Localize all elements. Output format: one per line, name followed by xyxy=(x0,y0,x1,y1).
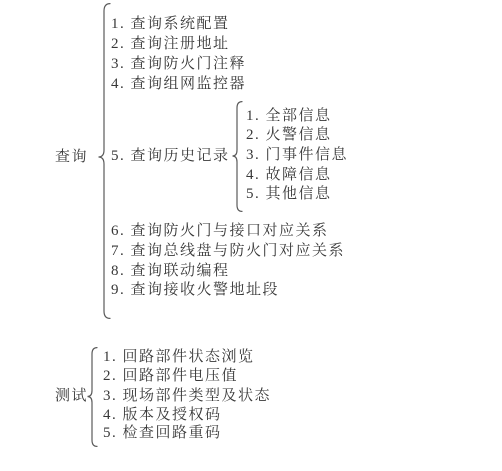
history-subitem-4: 4. 故障信息 xyxy=(246,165,332,185)
section-label-query: 查询 xyxy=(55,147,88,167)
history-subitem-2: 2. 火警信息 xyxy=(246,125,332,145)
history-subitem-3: 3. 门事件信息 xyxy=(246,145,348,165)
history-brace xyxy=(231,101,246,212)
test-item-2: 2. 回路部件电压值 xyxy=(103,366,238,386)
section-label-test: 测试 xyxy=(55,386,88,406)
query-item-6: 6. 查询防火门与接口对应关系 xyxy=(111,221,329,241)
test-brace xyxy=(86,347,101,447)
history-subitem-5: 5. 其他信息 xyxy=(246,184,332,204)
query-item-3: 3. 查询防火门注释 xyxy=(111,54,246,74)
query-item-1: 1. 查询系统配置 xyxy=(111,14,230,34)
query-item-9: 9. 查询接收火警地址段 xyxy=(111,280,279,300)
query-item-7: 7. 查询总线盘与防火门对应关系 xyxy=(111,241,345,261)
query-item-4: 4. 查询组网监控器 xyxy=(111,74,246,94)
menu-tree-diagram: 查询 1. 查询系统配置 2. 查询注册地址 3. 查询防火门注释 4. 查询组… xyxy=(0,0,502,471)
test-item-5: 5. 检查回路重码 xyxy=(103,423,222,443)
query-item-8: 8. 查询联动编程 xyxy=(111,261,230,281)
test-item-3: 3. 现场部件类型及状态 xyxy=(103,386,271,406)
test-item-4: 4. 版本及授权码 xyxy=(103,405,222,425)
test-item-1: 1. 回路部件状态浏览 xyxy=(103,347,255,367)
query-item-2: 2. 查询注册地址 xyxy=(111,34,230,54)
query-item-5: 5. 查询历史记录 xyxy=(111,146,230,166)
history-subitem-1: 1. 全部信息 xyxy=(246,106,332,126)
